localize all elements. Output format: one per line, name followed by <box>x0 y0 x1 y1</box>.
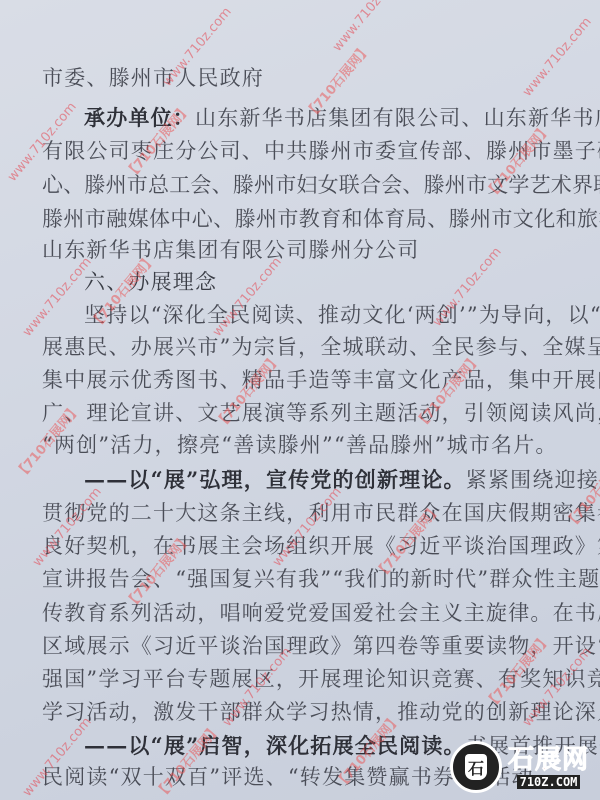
organizer-label: 承办单位： <box>84 105 195 130</box>
site-logo: 石 石展网 710Z.COM <box>450 738 598 796</box>
text-line: 展惠民、办展兴市”为宗旨，全城联动、全民参与、全媒呈现， <box>42 331 562 364</box>
text-line: 坚持以“深化全民阅读、推动文化‘两创’”为导向，以“办 <box>84 299 562 332</box>
section-heading: 六、办展理念 <box>84 266 562 299</box>
text-line: ——以“展”弘理，宣传党的创新理论。紧紧围绕迎接宣传 <box>84 463 562 496</box>
text-line: 有限公司枣庄分公司、中共滕州市委宣传部、滕州市墨子研究中 <box>42 135 562 168</box>
text-line: 良好契机，在书展主会场组织开展《习近平谈治国理政》第四卷 <box>42 530 562 563</box>
text-line: 滕州市融媒体中心、滕州市教育和体育局、滕州市文化和旅游局、 <box>42 203 562 236</box>
text-line: 学习活动，激发干部群众学习热情，推动党的创新理论深入人心。 <box>42 696 562 729</box>
logo-mark-icon: 石 <box>450 741 502 793</box>
text-line: 贯彻党的二十大这条主线，利用市民群众在国庆假期密集参展的 <box>42 497 562 530</box>
document-page: 市委、滕州市人民政府 承办单位：山东新华书店集团有限公司、山东新华书店集团 有限… <box>0 0 600 800</box>
text-line: 心、滕州市总工会、滕州市妇女联合会、滕州市文学艺术界联合会、 <box>42 169 562 202</box>
text-line: 山东新华书店集团有限公司滕州分公司 <box>42 234 562 267</box>
text-line: 强国”学习平台专题展区，开展理论知识竞赛、有奖知识竞答等 <box>42 663 562 696</box>
text-line: 集中展示优秀图书、精品手造等丰富文化产品，集中开展阅读推 <box>42 364 562 397</box>
organizer-text: 山东新华书店集团有限公司、山东新华书店集团 <box>195 106 600 130</box>
text-line: 承办单位：山东新华书店集团有限公司、山东新华书店集团 <box>84 101 562 134</box>
logo-text: 石展网 710Z.COM <box>508 745 589 789</box>
text-line: 广、理论宣讲、文艺展演等系列主题活动，引领阅读风尚，激发 <box>42 397 562 430</box>
text-line: 区域展示《习近平谈治国理政》第四卷等重要读物，开设“学习 <box>42 630 562 663</box>
text-line: “两创”活力，擦亮“善读滕州”“善品滕州”城市名片。 <box>42 429 562 462</box>
text-line: 传教育系列活动，唱响爱党爱国爱社会主义主旋律。在书展中心 <box>42 597 562 630</box>
logo-name: 石展网 <box>508 745 589 775</box>
logo-glyph: 石 <box>465 754 487 780</box>
text-line: 宣讲报告会、“强国复兴有我”“我们的新时代”群众性主题宣 <box>42 563 562 596</box>
subheading-bold: ——以“展”弘理，宣传党的创新理论。 <box>84 467 466 492</box>
logo-url: 710Z.COM <box>517 775 581 789</box>
subheading-bold: ——以“展”启智，深化拓展全民阅读。 <box>84 733 466 758</box>
text-line: 市委、滕州市人民政府 <box>42 62 562 95</box>
